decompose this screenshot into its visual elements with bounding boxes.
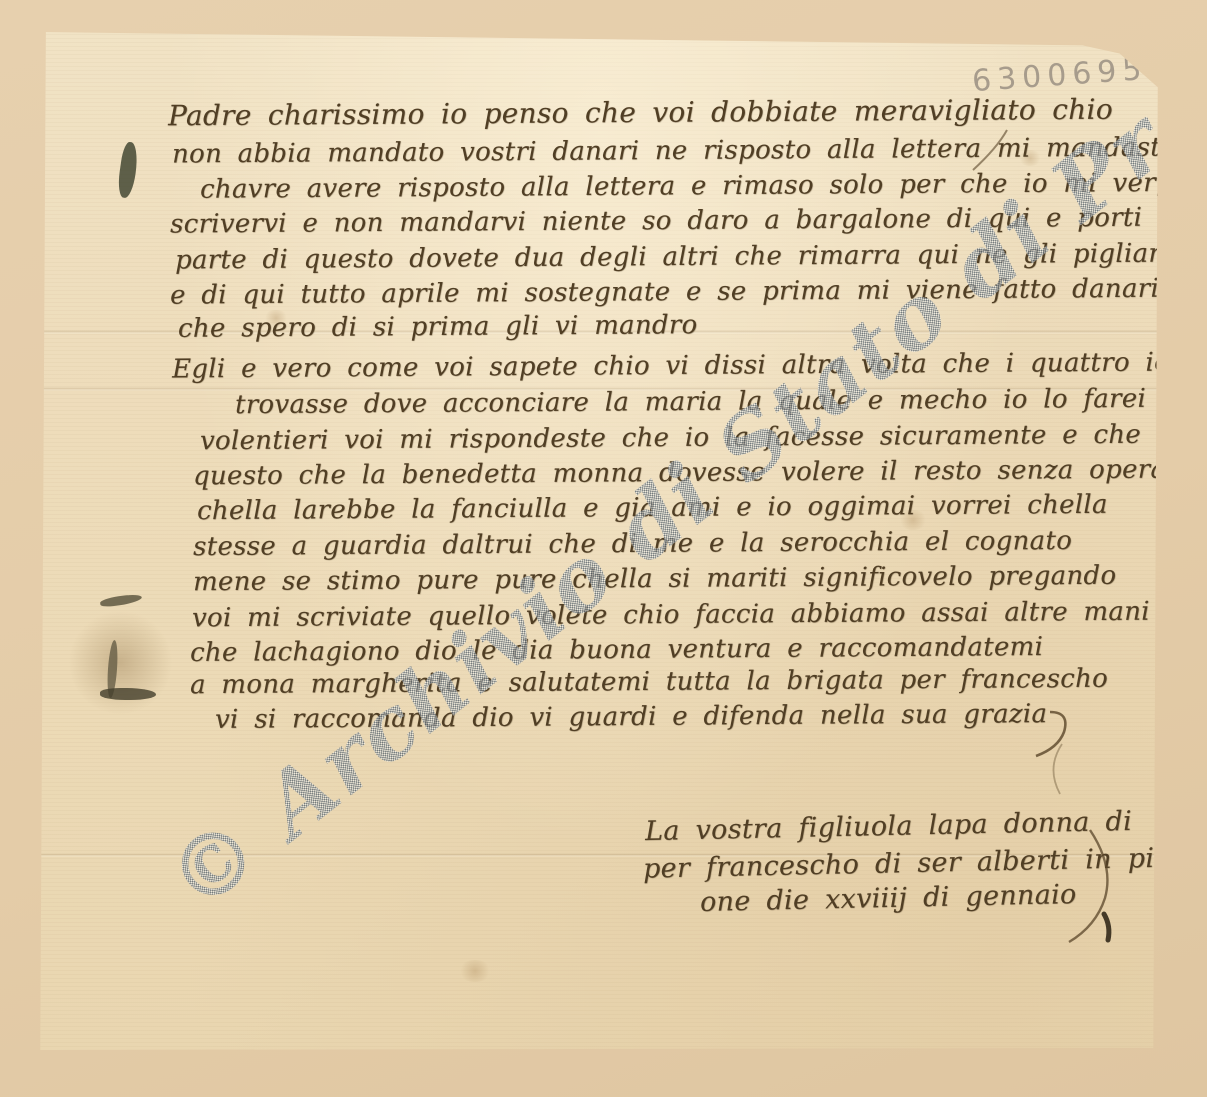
manuscript-line: non abbia mandato vostri danari ne rispo… bbox=[172, 133, 1177, 169]
signature-line: La vostra figliuola lapa donna di bbox=[645, 807, 1133, 847]
manuscript-line: Egli e vero come voi sapete chio vi diss… bbox=[172, 349, 1170, 385]
manuscript-line: che lachagiono dio le dia buona ventura … bbox=[190, 633, 1043, 668]
manuscript-line: Padre charissimo io penso che voi dobbia… bbox=[168, 95, 1113, 132]
scan-background: 6300695 Padre charissimo io penso che vo… bbox=[0, 0, 1207, 1097]
signature-line: one die xxviiij di gennaio bbox=[700, 880, 1077, 918]
manuscript-line: che spero di si prima gli vi mandro bbox=[178, 311, 698, 343]
manuscript-paper: 6300695 Padre charissimo io penso che vo… bbox=[38, 30, 1160, 1052]
signature-line: per francescho di ser alberti in pisa bbox=[643, 843, 1185, 884]
manuscript-line: trovasse dove acconciare la maria la qua… bbox=[235, 385, 1146, 420]
manuscript-line: voi mi scriviate quello volete chio facc… bbox=[192, 598, 1150, 633]
manuscript-line: a mona margherita e salutatemi tutta la … bbox=[190, 665, 1108, 700]
